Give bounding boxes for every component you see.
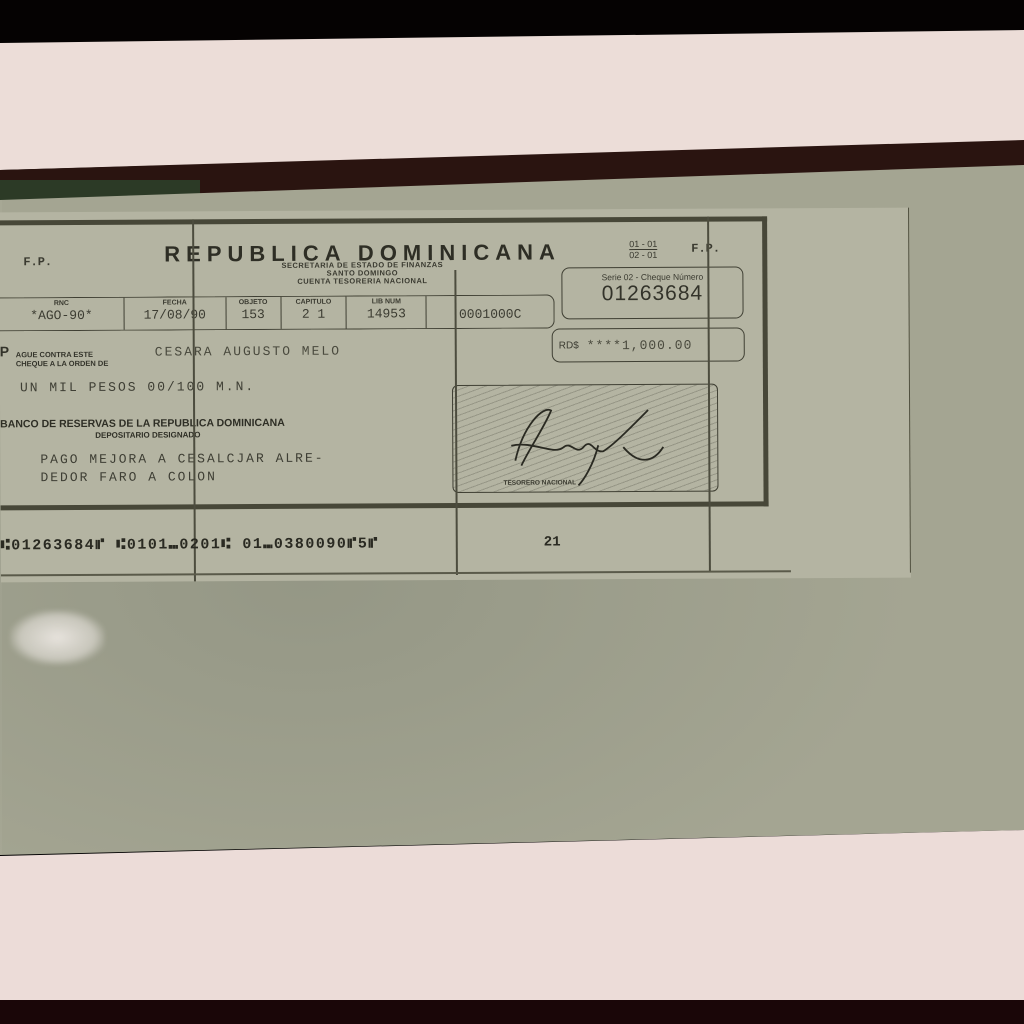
photo-bottom-paper-margin (0, 830, 1024, 1020)
field-value: *AGO-90* (0, 308, 123, 324)
field-value: 14953 (347, 306, 426, 321)
field-value: 0001000C (427, 306, 554, 322)
pay-to-label: P AGUE CONTRA ESTE CHEQUE A LA ORDEN DE (4, 350, 109, 369)
field-value: 17/08/90 (124, 307, 225, 323)
field-label: LIB NUM (347, 298, 426, 305)
field-rnc: RNC *AGO-90* (0, 298, 124, 331)
check-fields-row: RNC *AGO-90* FECHA 17/08/90 OBJETO 153 C… (0, 294, 555, 331)
field-label: CAPITULO (281, 299, 346, 306)
routing-fraction: 01 - 01 02 - 01 (629, 239, 657, 260)
bank-name: BANCO DE RESERVAS DE LA REPUBLICA DOMINI… (0, 417, 285, 430)
photocopy-stain (10, 610, 105, 665)
field-lib-num: LIB NUM 14953 (347, 296, 427, 328)
memo-line-2: DEDOR FARO A COLON (40, 468, 324, 487)
signature-box: TESORERO NACIONAL (452, 384, 719, 493)
photo-bottom-dark-edge (0, 1000, 1024, 1024)
signature-icon (453, 385, 720, 494)
signature-label: TESORERO NACIONAL (503, 479, 576, 486)
amount-box: RD$ ****1,000.00 (552, 327, 745, 362)
pay-prefix: P (0, 347, 9, 356)
check-stub (769, 208, 911, 574)
government-check: F.P. F.P. REPUBLICA DOMINICANA SECRETARI… (0, 208, 911, 583)
fp-right-label: F.P. (691, 242, 720, 256)
field-label (427, 297, 554, 298)
field-objeto: OBJETO 153 (226, 297, 281, 329)
field-capitulo: CAPITULO 2 1 (281, 297, 347, 329)
check-frame: F.P. F.P. REPUBLICA DOMINICANA SECRETARI… (0, 216, 769, 510)
cheque-number: 01263684 (562, 281, 742, 306)
field-value: 2 1 (281, 307, 346, 322)
memo-line-1: PAGO MEJORA A CESALCJAR ALRE- (40, 450, 324, 469)
field-value: 153 (226, 307, 280, 322)
subtitle-account: CUENTA TESORERIA NACIONAL (267, 276, 457, 286)
amount-value: ****1,000.00 (587, 337, 693, 353)
fraction-top: 01 - 01 (629, 239, 657, 250)
field-label: OBJETO (226, 299, 280, 306)
fraction-bottom: 02 - 01 (629, 250, 657, 260)
pay-label-line2: CHEQUE A LA ORDEN DE (4, 359, 109, 369)
currency-label: RD$ (559, 340, 579, 351)
fp-left-label: F.P. (23, 255, 52, 269)
field-amount-code: 0001000C (427, 295, 554, 328)
field-label: FECHA (124, 299, 225, 307)
field-label: RNC (0, 300, 123, 308)
depositary-label: DEPOSITARIO DESIGNADO (95, 430, 200, 440)
amount-in-words: UN MIL PESOS 00/100 M.N. (20, 379, 255, 395)
micr-line: ⑆01263684⑈ ⑆0101⑉0201⑆ 01⑉0380090⑈5⑈ (1, 535, 379, 554)
field-fecha: FECHA 17/08/90 (124, 297, 226, 330)
payee-name: CESARA AUGUSTO MELO (155, 344, 341, 360)
payment-memo: PAGO MEJORA A CESALCJAR ALRE- DEDOR FARO… (40, 450, 324, 487)
micr-code: 21 (544, 534, 561, 550)
torn-edge (1, 570, 791, 576)
cheque-number-box: Serie 02 - Cheque Número 01263684 (561, 266, 743, 319)
